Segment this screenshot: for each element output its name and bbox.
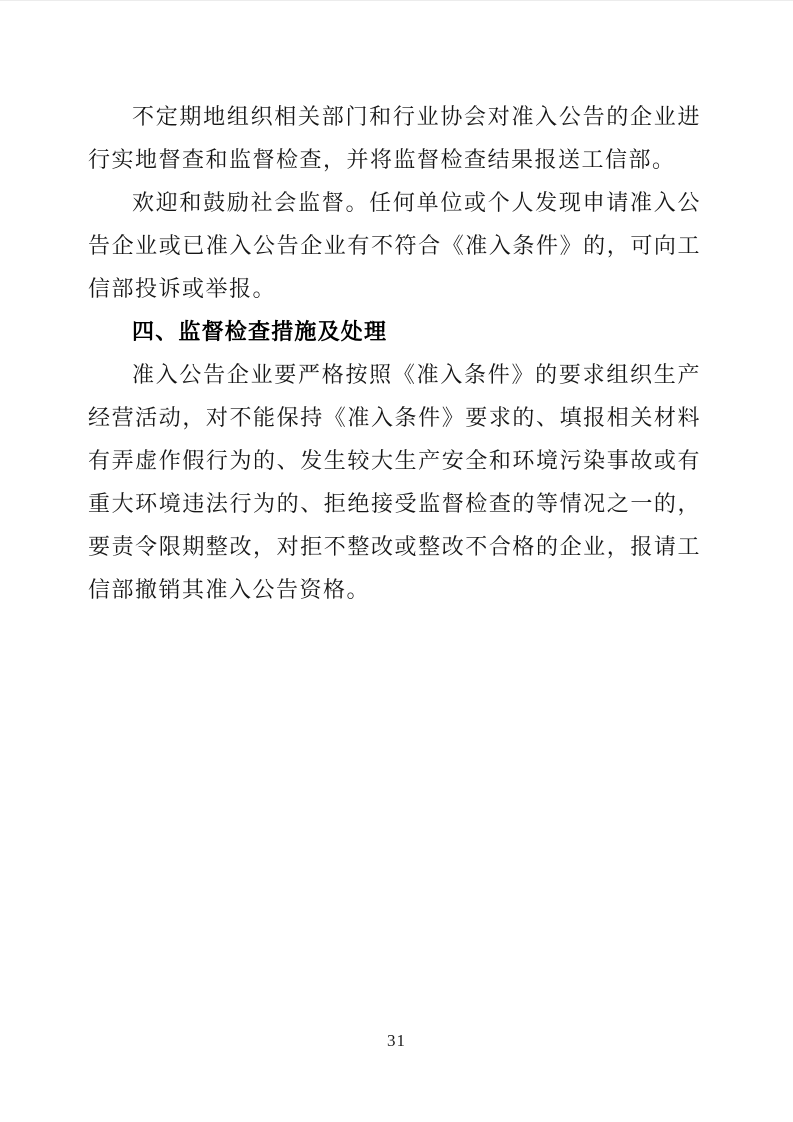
paragraph-inspection-measures: 准入公告企业要严格按照《准入条件》的要求组织生产经营活动，对不能保持《准入条件》… (88, 353, 701, 611)
document-page: 不定期地组织相关部门和行业协会对准入公告的企业进行实地督查和监督检查，并将监督检… (0, 0, 793, 1122)
document-content: 不定期地组织相关部门和行业协会对准入公告的企业进行实地督查和监督检查，并将监督检… (88, 95, 701, 611)
paragraph-supervision-checks: 不定期地组织相关部门和行业协会对准入公告的企业进行实地督查和监督检查，并将监督检… (88, 95, 701, 181)
section-heading: 四、监督检查措施及处理 (88, 310, 701, 353)
paragraph-social-supervision: 欢迎和鼓励社会监督。任何单位或个人发现申请准入公告企业或已准入公告企业有不符合《… (88, 181, 701, 310)
page-number: 31 (0, 1031, 793, 1051)
